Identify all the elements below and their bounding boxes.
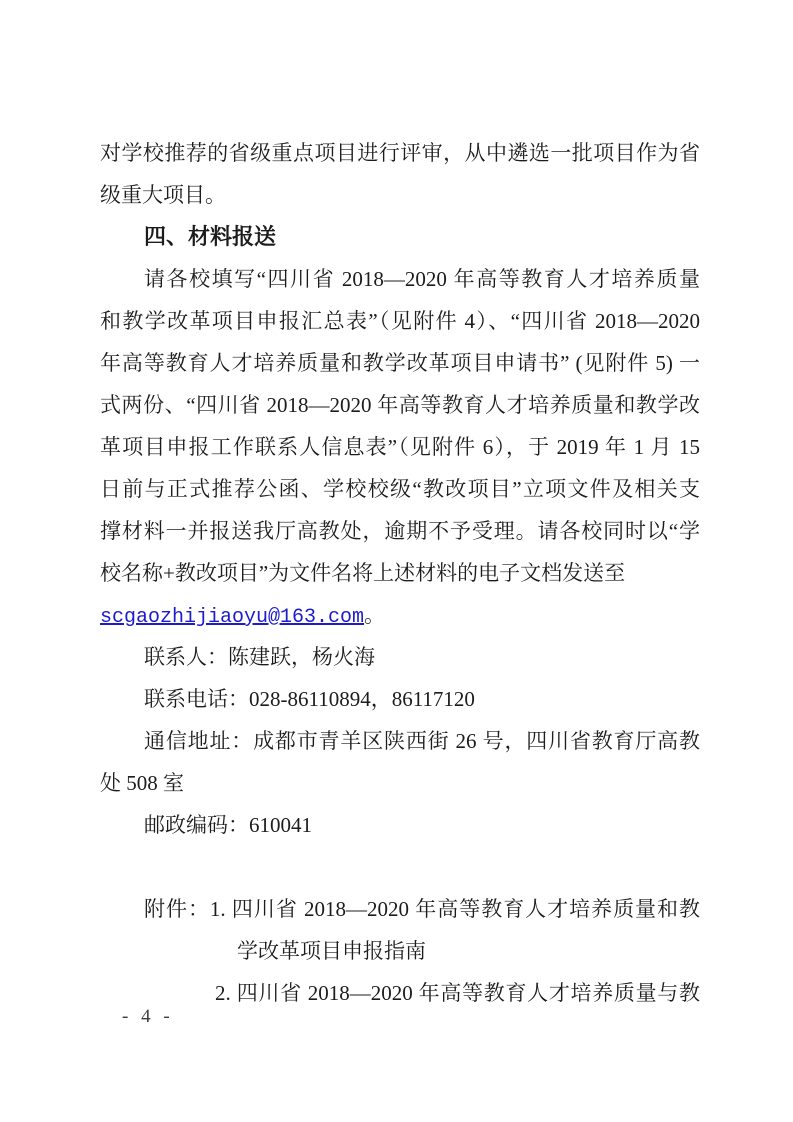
page-number: - 4 - [122, 1002, 174, 1032]
email-line: scgaozhijiaoyu@163.com。 [100, 594, 700, 636]
body-line-6: 式两份、“四川省 2018—2020 年高等教育人才培养质量和教学改 [100, 384, 700, 426]
body-line-5: 年高等教育人才培养质量和教学改革项目申请书” (见附件 5) 一 [100, 342, 700, 384]
body-line-9: 撑材料一并报送我厅高教处，逾期不予受理。请各校同时以“学 [100, 510, 700, 552]
mailing-address-line-2: 处 508 室 [100, 762, 700, 804]
body-line-1: 对学校推荐的省级重点项目进行评审，从中遴选一批项目作为省 [100, 132, 700, 174]
attachment-line-2: 2. 四川省 2018—2020 年高等教育人才培养质量与教 [100, 972, 700, 1014]
body-line-10: 校名称+教改项目”为文件名将上述材料的电子文档发送至 [100, 552, 700, 594]
attachment-line-1-continuation: 学改革项目申报指南 [100, 930, 700, 972]
body-line-2: 级重大项目。 [100, 174, 700, 216]
body-line-3: 请各校填写“四川省 2018—2020 年高等教育人才培养质量 [100, 258, 700, 300]
section-heading-materials-submission: 四、材料报送 [100, 216, 700, 258]
document-body: 对学校推荐的省级重点项目进行评审，从中遴选一批项目作为省 级重大项目。 四、材料… [100, 132, 700, 1014]
postal-code-line: 邮政编码：610041 [100, 804, 700, 846]
mailing-address-line: 通信地址：成都市青羊区陕西街 26 号，四川省教育厅高教 [100, 720, 700, 762]
contact-phone-line: 联系电话：028-86110894，86117120 [100, 678, 700, 720]
email-link[interactable]: scgaozhijiaoyu@163.com [100, 606, 364, 629]
blank-line [100, 846, 700, 888]
body-line-8: 日前与正式推荐公函、学校校级“教改项目”立项文件及相关支 [100, 468, 700, 510]
attachment-line-1: 附件：1. 四川省 2018—2020 年高等教育人才培养质量和教 [100, 888, 700, 930]
email-line-period: 。 [364, 603, 385, 627]
body-line-4: 和教学改革项目申报汇总表”（见附件 4）、“四川省 2018—2020 [100, 300, 700, 342]
document-page: 对学校推荐的省级重点项目进行评审，从中遴选一批项目作为省 级重大项目。 四、材料… [0, 0, 793, 1122]
contact-person-line: 联系人：陈建跃，杨火海 [100, 636, 700, 678]
body-line-7: 革项目申报工作联系人信息表”（见附件 6），于 2019 年 1 月 15 [100, 426, 700, 468]
